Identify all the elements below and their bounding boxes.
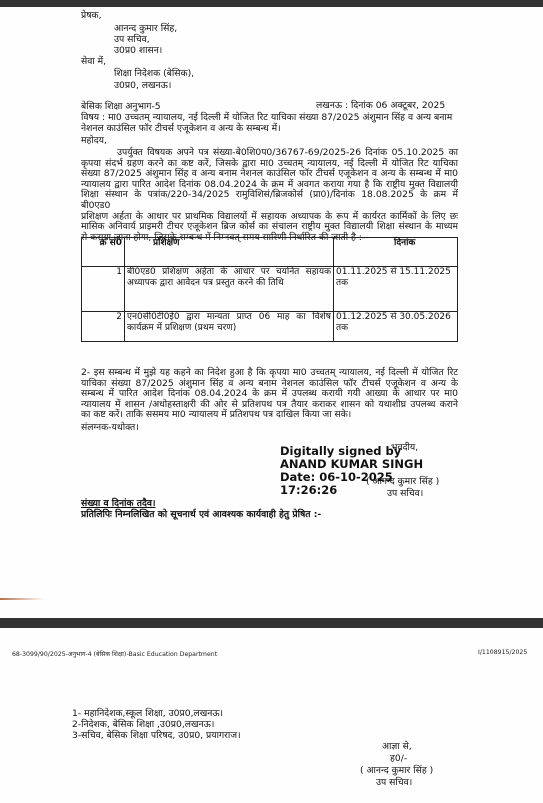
subject-line-1: विषय : मा0 उच्चतम् न्यायालय, नई दिल्ली म… [81,112,452,123]
cell-training: बी0एड0 प्रशिक्षण अर्हता के आधार पर चयनित… [125,267,334,312]
header-training: प्रशिक्षण [125,238,334,267]
place-date: लखनऊ : दिनांक 06 अक्टूबर, 2025 [316,100,445,111]
paragraph-2-line: 2- इस सम्बन्ध में मुझे यह कहने का निदेश … [81,368,458,379]
viewer-top-bar [0,0,543,7]
paragraph-2-line: का कष्ट करें। ताकि ससमय मा0 न्यायालय में… [81,410,458,421]
scan-artifact [0,598,45,600]
signed-mark: ह0/- [390,753,407,764]
subject-line-2: नेशनल काउंसिल फॉर टीचर्स एजूकेशन व अन्य … [81,123,281,134]
copy-list-item: 1- महानिदेशक,स्कूल शिक्षा, उ0प्र0,लखनऊ। [72,708,223,719]
copy-to-line: प्रतिलिपिः निम्नलिखित को सूचनार्थ एवं आव… [81,509,321,520]
order-signatory-designation: उप सचिव। [376,777,412,788]
receipt-number: I/1108915/2025 [478,649,527,656]
copy-list-item: 2-निदेशक, बेसिक शिक्षा ,उ0प्र0,लखनऊ। [72,719,214,730]
digital-signature-time: 17:26:26 [280,484,337,497]
schedule-table: क्र सं0 प्रशिक्षण दिनांक 1 बी0एड0 प्रशिक… [81,237,458,342]
signatory-name: ( आनन्द कुमार सिंह ) [366,476,439,487]
reference-line: संख्या व दिनांक तदैव। [81,498,156,509]
cell-training: एन0सी0टी0ई0 द्वारा मान्यता प्राप्त 06 मा… [125,312,334,342]
sender-office: उ0प्र0 शासन। [114,45,162,56]
signatory-designation: उप सचिव। [387,488,423,499]
sender-name: आनन्द कुमार सिंह, [114,23,177,34]
sender-label: प्रेषक, [81,10,102,21]
recipient-name: शिक्षा निदेशक (बेसिक), [114,68,194,79]
copy-list-item: 3-सचिव, बेसिक शिक्षा परिषद, उ0प्र0, प्रय… [72,730,241,741]
table-row: 1 बी0एड0 प्रशिक्षण अर्हता के आधार पर चयन… [82,267,458,312]
paragraph-1-line: उपर्युक्त विषयक अपने पत्र संख्या-बे0शि0प… [81,148,458,159]
cell-serial: 2 [82,312,125,342]
recipient-label: सेवा में, [81,56,106,67]
table-header-row: क्र सं0 प्रशिक्षण दिनांक [82,238,458,267]
file-reference: 68-3099/90/2025-अनुभाग-4 (बेसिक शिक्षा)-… [12,649,217,658]
header-serial: क्र सं0 [82,238,125,267]
sender-designation: उप सचिव, [114,34,150,45]
order-line: आज्ञा से, [382,741,412,752]
paragraph-1: उपर्युक्त विषयक अपने पत्र संख्या-बे0शि0प… [81,148,458,243]
recipient-place: उ0प्र0, लखनऊ। [114,80,171,91]
paragraph-1-line: शिक्षा संस्थान के पत्रांक/220-34/2025 रा… [81,190,458,211]
page-separator-bar [0,618,543,628]
cell-serial: 1 [82,267,125,312]
order-signatory-name: ( आनन्द कुमार सिंह ) [360,765,433,776]
cell-date: 01.12.2025 से 30.05.2026 तक [334,312,458,342]
header-date: दिनांक [334,238,458,267]
section-name: बेसिक शिक्षा अनुभाग-5 [81,101,161,112]
enclosure-note: संलग्नक-यथोक्त। [81,422,139,433]
paragraph-2: 2- इस सम्बन्ध में मुझे यह कहने का निदेश … [81,368,458,421]
table-row: 2 एन0सी0टी0ई0 द्वारा मान्यता प्राप्त 06 … [82,312,458,342]
cell-date: 01.11.2025 से 15.11.2025 तक [334,267,458,312]
salutation: महोदय, [81,135,107,146]
